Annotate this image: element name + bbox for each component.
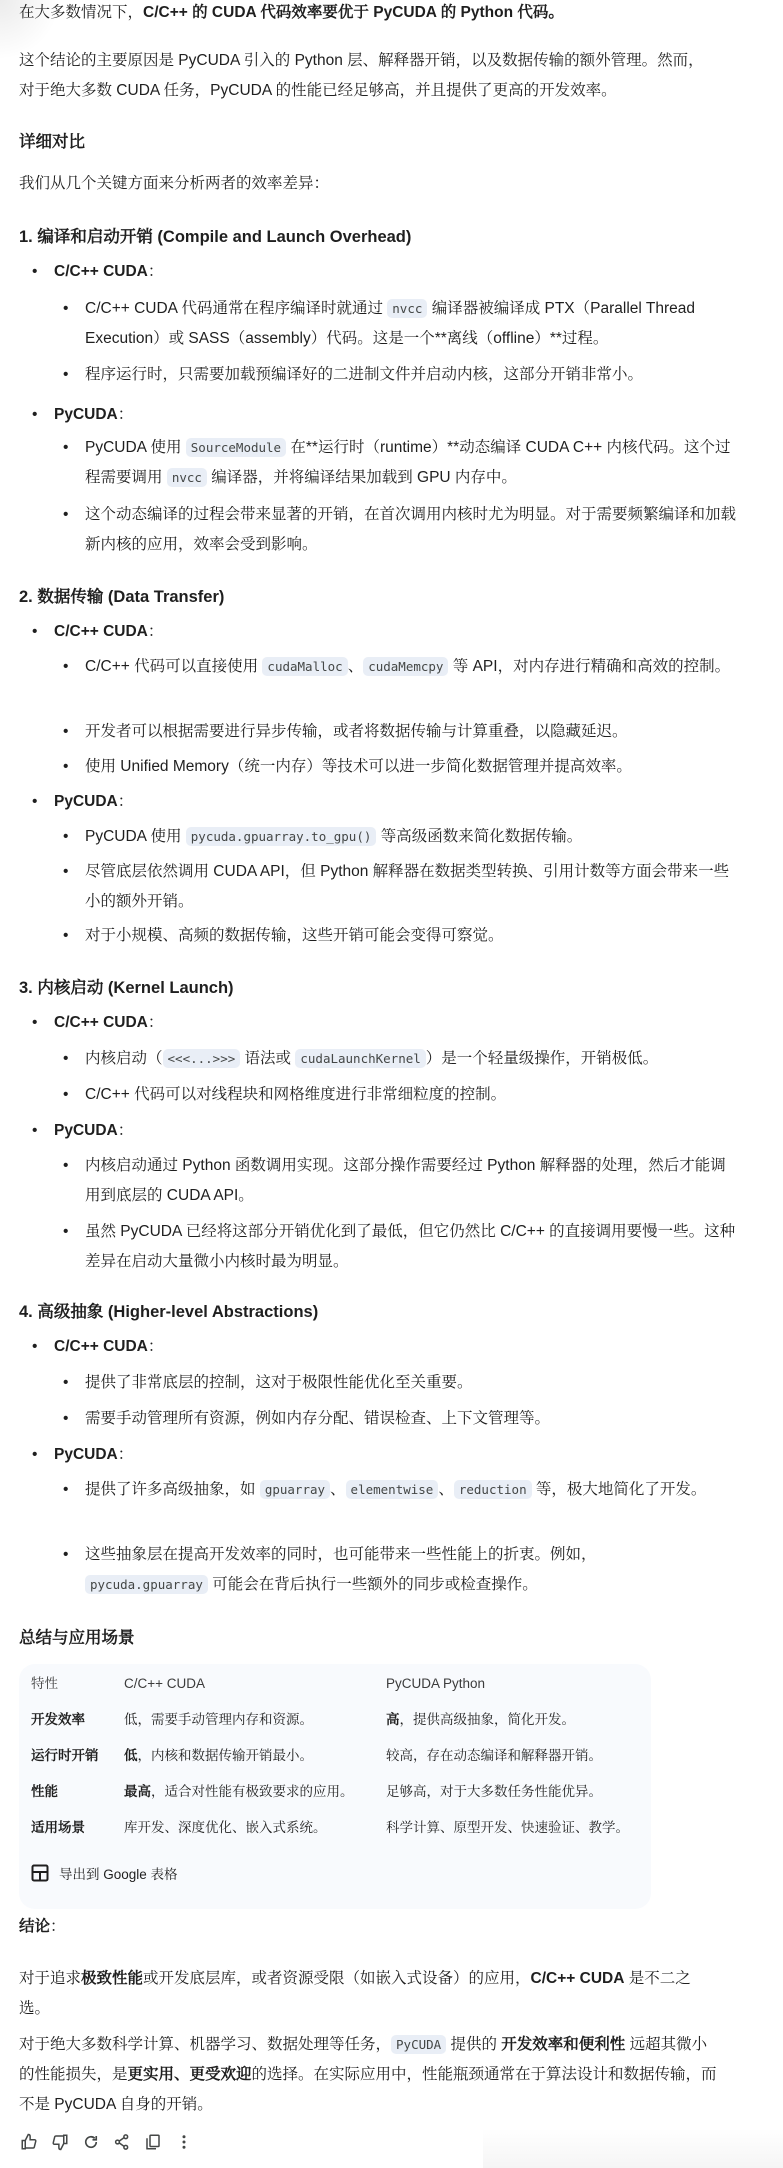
bullet-label: PyCUDA [54, 793, 118, 810]
text: ）是一个轻量级操作，开销极低。 [426, 1050, 659, 1067]
bullet-py: PyCUDA： [19, 1116, 133, 1146]
bullet-cpp: C/C++ CUDA： [19, 1332, 163, 1362]
bold: 高 [386, 1712, 400, 1727]
section-title: 1. 编译和启动开销 (Compile and Launch Overhead) [19, 222, 411, 252]
text: 或开发底层库，或者资源受限（如嵌入式设备）的应用， [143, 1970, 531, 1987]
list-item: 这些抽象层在提高开发效率的同时，也可能带来一些性能上的折衷。例如，pycuda.… [19, 1540, 739, 1600]
text: C/C++ 代码可以直接使用 [85, 658, 262, 675]
feature-cell: 运行时开销 [31, 1738, 99, 1774]
intro-paragraph: 这个结论的主要原因是 PyCUDA 引入的 Python 层、解释器开销，以及数… [19, 46, 719, 106]
text: 对于追求 [19, 1970, 81, 1987]
regenerate-icon [82, 2133, 100, 2151]
export-to-sheets-button[interactable]: 导出到 Google 表格 [31, 1858, 178, 1888]
section-title: 3. 内核启动 (Kernel Launch) [19, 973, 234, 1003]
inline-code: pycuda.gpuarray.to_gpu() [186, 827, 377, 846]
inline-code: cudaMemcpy [363, 657, 448, 676]
list-item: C/C++ CUDA 代码通常在程序编译时就通过 nvcc 编译器被编译成 PT… [19, 294, 739, 354]
share-button[interactable] [112, 2132, 131, 2151]
cpp-cell: 最高，适合对性能有极致要求的应用。 [124, 1774, 354, 1810]
text: 提供了许多高级抽象，如 [85, 1481, 260, 1498]
inline-code: gpuarray [260, 1480, 330, 1499]
bold: 开发效率和便利性 [501, 2036, 625, 2053]
bold: 更实用、更受欢迎 [128, 2066, 252, 2083]
text: 低，需要手动管理内存和资源。 [124, 1712, 313, 1727]
copy-icon [144, 2133, 162, 2151]
feature-cell: 开发效率 [31, 1702, 85, 1738]
list-item: 程序运行时，只需要加载预编译好的二进制文件并启动内核，这部分开销非常小。 [19, 360, 643, 390]
feature-cell: 性能 [31, 1774, 58, 1810]
header-cell: C/C++ CUDA [124, 1666, 205, 1702]
text: 等，极大地简化了开发。 [532, 1481, 707, 1498]
text: 可能会在背后执行一些额外的同步或检查操作。 [208, 1576, 538, 1593]
thumbs-up-button[interactable] [19, 2132, 38, 2151]
heading: 结论 [19, 1918, 50, 1935]
cpp-cell: 库开发、深度优化、嵌入式系统。 [124, 1810, 327, 1846]
text: PyCUDA 使用 [85, 828, 186, 845]
text: ，适合对性能有极致要求的应用。 [151, 1784, 354, 1799]
colon: ： [118, 406, 134, 423]
list-item: C/C++ 代码可以对线程块和网格维度进行非常细粒度的控制。 [19, 1080, 506, 1110]
bullet-py: PyCUDA： [19, 400, 133, 430]
text: 语法或 [240, 1050, 295, 1067]
py-cell: 足够高，对于大多数任务性能优异。 [386, 1774, 602, 1810]
colon: ： [118, 1446, 134, 1463]
copy-button[interactable] [143, 2132, 162, 2151]
list-item: 这个动态编译的过程会带来显著的开销，在首次调用内核时尤为明显。对于需要频繁编译和… [19, 500, 739, 560]
table-row: 适用场景 库开发、深度优化、嵌入式系统。 科学计算、原型开发、快速验证、教学。 [19, 1810, 651, 1846]
detail-heading: 详细对比 [19, 130, 85, 154]
text: 较高，存在动态编译和解释器开销。 [386, 1748, 602, 1763]
header-cell: 特性 [31, 1666, 58, 1702]
list-item: C/C++ 代码可以直接使用 cudaMalloc、cudaMemcpy 等 A… [19, 652, 739, 682]
table-header-row: 特性 C/C++ CUDA PyCUDA Python [19, 1666, 651, 1702]
bullet-label: PyCUDA [54, 1122, 118, 1139]
text: 、 [438, 1481, 454, 1498]
comparison-table: 特性 C/C++ CUDA PyCUDA Python 开发效率 低，需要手动管… [19, 1664, 651, 1909]
bullet-label: PyCUDA [54, 406, 118, 423]
table-row: 开发效率 低，需要手动管理内存和资源。 高，提供高级抽象，简化开发。 [19, 1702, 651, 1738]
intro-prefix: 在大多数情况下， [19, 4, 143, 21]
bullet-label: C/C++ CUDA [54, 1014, 148, 1031]
list-item: 内核启动（<<<...>>> 语法或 cudaLaunchKernel）是一个轻… [19, 1044, 658, 1074]
bullet-py: PyCUDA： [19, 1440, 133, 1470]
py-cell: 较高，存在动态编译和解释器开销。 [386, 1738, 602, 1774]
table-grid-icon [31, 1864, 49, 1882]
text: C/C++ CUDA 代码通常在程序编译时就通过 [85, 300, 387, 317]
more-vert-icon [175, 2133, 193, 2151]
list-item: 对于小规模、高频的数据传输，这些开销可能会变得可察觉。 [19, 921, 504, 951]
bullet-cpp: C/C++ CUDA： [19, 257, 163, 287]
py-cell: 高，提供高级抽象，简化开发。 [386, 1702, 575, 1738]
thumbs-down-button[interactable] [50, 2132, 69, 2151]
bold: 低 [124, 1748, 138, 1763]
text: 、 [330, 1481, 346, 1498]
feature-cell: 适用场景 [31, 1810, 85, 1846]
colon: ： [118, 793, 134, 810]
list-item: 内核启动通过 Python 函数调用实现。这部分操作需要经过 Python 解释… [19, 1151, 739, 1211]
export-label: 导出到 Google 表格 [59, 1863, 178, 1883]
bold: C/C++ CUDA [531, 1970, 625, 1987]
more-options-button[interactable] [174, 2132, 193, 2151]
inline-code: <<<...>>> [163, 1049, 241, 1068]
thumbs-up-icon [20, 2133, 38, 2151]
bullet-label: C/C++ CUDA [54, 1338, 148, 1355]
section-title: 4. 高级抽象 (Higher-level Abstractions) [19, 1297, 318, 1327]
text: 这些抽象层在提高开发效率的同时，也可能带来一些性能上的折衷。例如， [85, 1546, 597, 1563]
header-cell: PyCUDA Python [386, 1666, 485, 1702]
text: 内核启动（ [85, 1050, 163, 1067]
text: ，内核和数据传输开销最小。 [138, 1748, 314, 1763]
intro-bold: C/C++ 的 CUDA 代码效率要优于 PyCUDA 的 Python 代码。 [143, 4, 564, 21]
text: 、 [348, 658, 364, 675]
inline-code: cudaMalloc [262, 657, 347, 676]
text: PyCUDA 使用 [85, 439, 186, 456]
colon: ： [118, 1122, 134, 1139]
thumbs-down-icon [51, 2133, 69, 2151]
bullet-label: C/C++ CUDA [54, 263, 148, 280]
regenerate-button[interactable] [81, 2132, 100, 2151]
bullet-cpp: C/C++ CUDA： [19, 1008, 163, 1038]
response-actions [19, 2132, 193, 2151]
list-item: 开发者可以根据需要进行异步传输，或者将数据传输与计算重叠，以隐藏延迟。 [19, 717, 628, 747]
bold: 最高 [124, 1784, 151, 1799]
colon: ： [148, 1338, 164, 1355]
share-icon [113, 2133, 131, 2151]
bullet-py: PyCUDA： [19, 787, 133, 817]
cpp-cell: 低，内核和数据传输开销最小。 [124, 1738, 313, 1774]
inline-code: elementwise [346, 1480, 439, 1499]
text: ，提供高级抽象，简化开发。 [400, 1712, 576, 1727]
colon: ： [148, 263, 164, 280]
bullet-label: PyCUDA [54, 1446, 118, 1463]
text: 科学计算、原型开发、快速验证、教学。 [386, 1820, 629, 1835]
inline-code: reduction [454, 1480, 532, 1499]
table-row: 运行时开销 低，内核和数据传输开销最小。 较高，存在动态编译和解释器开销。 [19, 1738, 651, 1774]
text: 等 API，对内存进行精确和高效的控制。 [448, 658, 730, 675]
summary-heading: 总结与应用场景 [19, 1626, 135, 1650]
colon: ： [148, 623, 164, 640]
list-item: 提供了非常底层的控制，这对于极限性能优化至关重要。 [19, 1368, 473, 1398]
detail-lead: 我们从几个关键方面来分析两者的效率差异： [19, 169, 329, 199]
py-cell: 科学计算、原型开发、快速验证、教学。 [386, 1810, 629, 1846]
bullet-label: C/C++ CUDA [54, 623, 148, 640]
bottom-shadow [483, 2128, 783, 2168]
section-title: 2. 数据传输 (Data Transfer) [19, 582, 224, 612]
conclusion-paragraph: 对于追求极致性能或开发底层库，或者资源受限（如嵌入式设备）的应用，C/C++ C… [19, 1964, 719, 2024]
list-item: 需要手动管理所有资源，例如内存分配、错误检查、上下文管理等。 [19, 1404, 550, 1434]
list-item: PyCUDA 使用 pycuda.gpuarray.to_gpu() 等高级函数… [19, 822, 582, 852]
text: 对于绝大多数科学计算、机器学习、数据处理等任务， [19, 2036, 391, 2053]
conclusion-heading: 结论： [19, 1912, 66, 1942]
text: 足够高，对于大多数任务性能优异。 [386, 1784, 602, 1799]
list-item: 虽然 PyCUDA 已经将这部分开销优化到了最低，但它仍然比 C/C++ 的直接… [19, 1217, 739, 1277]
list-item: PyCUDA 使用 SourceModule 在**运行时（runtime）**… [19, 433, 739, 493]
bullet-cpp: C/C++ CUDA： [19, 617, 163, 647]
text: 编译器，并将编译结果加载到 GPU 内存中。 [207, 469, 517, 486]
text: 提供的 [446, 2036, 501, 2053]
bold: 极致性能 [81, 1970, 143, 1987]
text: 库开发、深度优化、嵌入式系统。 [124, 1820, 327, 1835]
colon: ： [148, 1014, 164, 1031]
inline-code: cudaLaunchKernel [295, 1049, 425, 1068]
list-item: 使用 Unified Memory（统一内存）等技术可以进一步简化数据管理并提高… [19, 752, 632, 782]
text: 等高级函数来简化数据传输。 [376, 828, 582, 845]
intro-summary: 在大多数情况下，C/C++ 的 CUDA 代码效率要优于 PyCUDA 的 Py… [19, 0, 564, 28]
inline-code: nvcc [387, 299, 427, 318]
inline-code: PyCUDA [391, 2035, 446, 2054]
table-row: 性能 最高，适合对性能有极致要求的应用。 足够高，对于大多数任务性能优异。 [19, 1774, 651, 1810]
inline-code: nvcc [167, 468, 207, 487]
inline-code: SourceModule [186, 438, 286, 457]
inline-code: pycuda.gpuarray [85, 1575, 208, 1594]
list-item: 提供了许多高级抽象，如 gpuarray、elementwise、reducti… [19, 1475, 739, 1505]
conclusion-paragraph: 对于绝大多数科学计算、机器学习、数据处理等任务，PyCUDA 提供的 开发效率和… [19, 2030, 719, 2120]
cpp-cell: 低，需要手动管理内存和资源。 [124, 1702, 313, 1738]
colon: ： [50, 1918, 66, 1935]
list-item: 尽管底层依然调用 CUDA API，但 Python 解释器在数据类型转换、引用… [19, 857, 739, 917]
